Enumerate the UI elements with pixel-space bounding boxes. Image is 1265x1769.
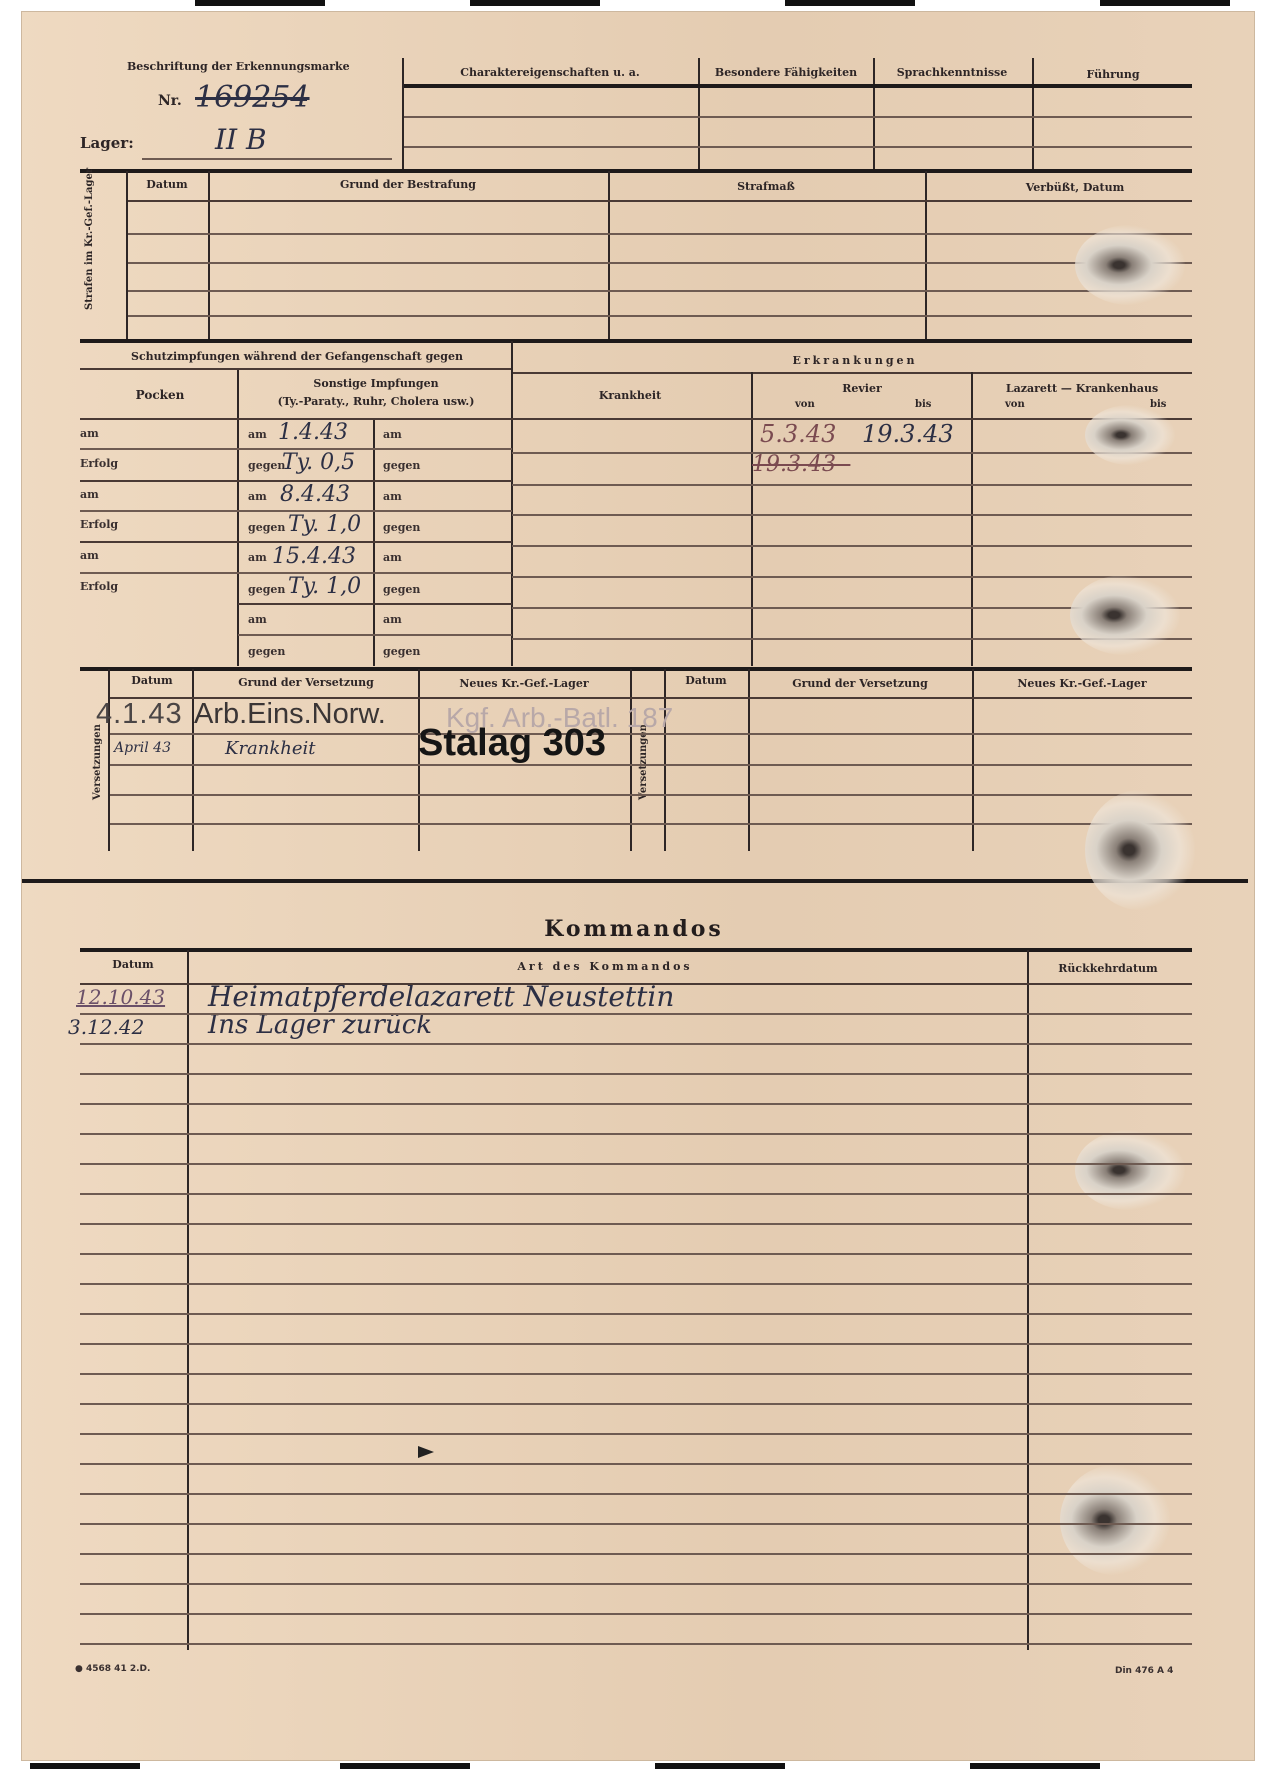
arrow-marker-icon [418, 1446, 434, 1458]
impf-am-label: am [383, 551, 402, 564]
vers-col-datum: Datum [131, 674, 172, 687]
revier-bis-1: 19.3.43 [862, 420, 954, 448]
versetzungen-side-label-left: Versetzungen [92, 724, 103, 800]
kommandos-col-datum: Datum [112, 958, 153, 971]
rule [512, 484, 1192, 486]
vers-row2-grund: Krankheit [225, 738, 316, 759]
impf-entry-3-against: Ty. 1,0 [288, 574, 361, 599]
divider [187, 950, 189, 1650]
divider [873, 58, 875, 171]
impf-am-label: am [383, 613, 402, 626]
rule [80, 418, 1192, 420]
pocken-am-2: am [80, 488, 99, 501]
punch-hole [1075, 225, 1185, 305]
ruled-line [80, 1643, 1192, 1645]
vers-col-lager-2: Neues Kr.-Gef.-Lager [1017, 677, 1146, 690]
rule [404, 116, 1192, 118]
ruled-line [80, 1613, 1192, 1615]
vers-col-lager: Neues Kr.-Gef.-Lager [459, 677, 588, 690]
pocken-erfolg-3: Erfolg [80, 580, 118, 593]
ruled-line [80, 1343, 1192, 1345]
impf-gegen-label: gegen [248, 645, 285, 658]
sonstige-sub: (Ty.-Paraty., Ruhr, Cholera usw.) [278, 395, 475, 408]
vers-row1-datum: 4.1.43 [96, 698, 183, 731]
impf-gegen-label: gegen [383, 645, 420, 658]
rule [512, 372, 1192, 374]
revier-von-2: 19.3.43 - [752, 452, 850, 477]
rule [238, 634, 512, 636]
strafen-col-grund: Grund der Bestrafung [340, 178, 476, 191]
ruled-line [80, 1013, 1192, 1015]
col-fuehrung: Führung [1086, 68, 1139, 81]
kommando-row2-datum: 3.12.42 [68, 1015, 144, 1039]
divider [1032, 58, 1034, 171]
section-rule [80, 948, 1192, 952]
ruled-line [80, 1283, 1192, 1285]
scan-edge [195, 0, 325, 6]
ruled-line [80, 1313, 1192, 1315]
ruled-line [80, 1373, 1192, 1375]
impf-am-label: am [248, 490, 267, 503]
punch-hole [1085, 405, 1175, 465]
nr-label: Nr. [158, 93, 182, 109]
strafen-side-label: Strafen im Kr.-Gef.-Lager [84, 168, 95, 310]
ruled-line [80, 983, 1192, 985]
vers-row1-grund: Arb.Eins.Norw. [194, 698, 386, 731]
divider [751, 372, 753, 666]
sonstige-label: Sonstige Impfungen [313, 377, 438, 390]
ruled-line [80, 1043, 1192, 1045]
divider [971, 372, 973, 666]
krankheit-label: Krankheit [599, 389, 661, 402]
fold-line [22, 879, 1248, 883]
vers-col-grund: Grund der Versetzung [238, 676, 374, 689]
kommando-row1-datum: 12.10.43 [76, 985, 165, 1009]
rule [512, 452, 1192, 454]
nr-value: 169254 [195, 80, 310, 115]
col-faehigkeiten: Besondere Fähigkeiten [715, 66, 857, 79]
punch-hole [1075, 1130, 1185, 1210]
punch-hole [1085, 790, 1195, 910]
rule [80, 368, 512, 370]
ruled-line [80, 1133, 1192, 1135]
rule [512, 576, 1192, 578]
impf-entry-3-date: 15.4.43 [272, 544, 356, 569]
rule [110, 823, 1192, 825]
revier-von-1: 5.3.43 [760, 420, 836, 448]
copyright-icon: ● [75, 1664, 83, 1674]
kommandos-col-art: Art des Kommandos [517, 960, 692, 973]
scan-edge [655, 1763, 785, 1769]
divider [237, 370, 239, 666]
strafen-col-datum: Datum [146, 178, 187, 191]
divider [698, 58, 700, 171]
rule [238, 603, 512, 605]
kommando-row2-art: Ins Lager zurück [208, 1010, 432, 1040]
scan-edge [340, 1763, 470, 1769]
section-rule [80, 339, 1192, 343]
impf-gegen-label: gegen [383, 521, 420, 534]
ruled-line [80, 1493, 1192, 1495]
ruled-line [80, 1403, 1192, 1405]
rule [128, 262, 1192, 264]
ruled-line [80, 1433, 1192, 1435]
impf-am-label: am [383, 428, 402, 441]
strafen-col-strafmass: Strafmaß [737, 180, 795, 193]
impf-gegen-label: gegen [248, 459, 285, 472]
punch-hole [1070, 575, 1180, 655]
impf-am-label: am [248, 551, 267, 564]
col-sprachkenntnisse: Sprachkenntnisse [897, 66, 1008, 79]
scan-edge [470, 0, 600, 6]
ruled-line [80, 1583, 1192, 1585]
punch-hole [1060, 1465, 1170, 1575]
vers-row2-datum: April 43 [114, 740, 171, 756]
lager-value: II B [215, 123, 267, 156]
scan-edge [785, 0, 915, 6]
ruled-line [80, 1223, 1192, 1225]
impf-gegen-label: gegen [248, 583, 285, 596]
erkennungsmarke-heading: Beschriftung der Erkennungsmarke [127, 60, 350, 73]
impf-gegen-label: gegen [383, 459, 420, 472]
rule [512, 545, 1192, 547]
divider [511, 341, 513, 666]
divider [1027, 950, 1029, 1650]
impf-entry-2-against: Ty. 1,0 [288, 512, 361, 537]
rule [128, 200, 1192, 202]
rule [110, 764, 1192, 766]
revier-label: Revier [842, 382, 882, 395]
rule [80, 541, 512, 543]
ruled-line [80, 1103, 1192, 1105]
pocken-am-1: am [80, 427, 99, 440]
rule [128, 290, 1192, 292]
impf-am-label: am [383, 490, 402, 503]
ruled-line [80, 1193, 1192, 1195]
lager-label: Lager: [80, 134, 134, 152]
lazarett-label: Lazarett — Krankenhaus [1006, 382, 1158, 395]
footer-print-code: 4568 41 2.D. [86, 1664, 150, 1674]
ruled-line [80, 1253, 1192, 1255]
impf-am-label: am [248, 428, 267, 441]
impfungen-heading: Schutzimpfungen während der Gefangenscha… [131, 350, 463, 363]
vers-row2-lager-stamp: Stalag 303 [418, 722, 606, 765]
lazarett-von-label: von [1005, 399, 1025, 410]
ruled-line [80, 1463, 1192, 1465]
section-rule [80, 169, 1192, 173]
impf-am-label: am [248, 613, 267, 626]
revier-bis-label: bis [915, 399, 931, 410]
versetzungen-side-label-right: Versetzungen [638, 724, 649, 800]
impf-entry-2-date: 8.4.43 [280, 482, 350, 507]
ruled-line [80, 1553, 1192, 1555]
scan-edge [1100, 0, 1230, 6]
rule [512, 514, 1192, 516]
rule [110, 794, 1192, 796]
scan-edge [30, 1763, 140, 1769]
pocken-am-3: am [80, 549, 99, 562]
ruled-line [80, 1073, 1192, 1075]
vers-col-grund-2: Grund der Versetzung [792, 677, 928, 690]
erkrankungen-heading: Erkrankungen [792, 354, 917, 367]
kommandos-title: Kommandos [544, 916, 724, 942]
rule [404, 146, 1192, 148]
impf-gegen-label: gegen [248, 521, 285, 534]
rule [128, 315, 1192, 317]
section-rule [80, 667, 1192, 671]
pocken-label: Pocken [136, 388, 185, 402]
impf-entry-1-date: 1.4.43 [278, 420, 348, 445]
divider [402, 58, 404, 171]
pocken-erfolg-1: Erfolg [80, 457, 118, 470]
impf-gegen-label: gegen [383, 583, 420, 596]
rule [404, 84, 1192, 88]
rule [128, 233, 1192, 235]
ruled-line [80, 1163, 1192, 1165]
col-charaktereigenschaften: Charaktereigenschaften u. a. [460, 66, 639, 79]
vers-col-datum-2: Datum [685, 674, 726, 687]
footer-left: ● 4568 41 2.D. [75, 1664, 150, 1674]
scan-edge [970, 1763, 1100, 1769]
lager-underline [142, 158, 392, 160]
kommandos-col-rueckkehr: Rückkehrdatum [1058, 962, 1157, 975]
impf-entry-1-against: Ty. 0,5 [282, 450, 355, 475]
pocken-erfolg-2: Erfolg [80, 518, 118, 531]
ruled-line [80, 1523, 1192, 1525]
revier-von-label: von [795, 399, 815, 410]
footer-din: Din 476 A 4 [1115, 1666, 1173, 1676]
strafen-col-verbuesst: Verbüßt, Datum [1026, 181, 1125, 194]
